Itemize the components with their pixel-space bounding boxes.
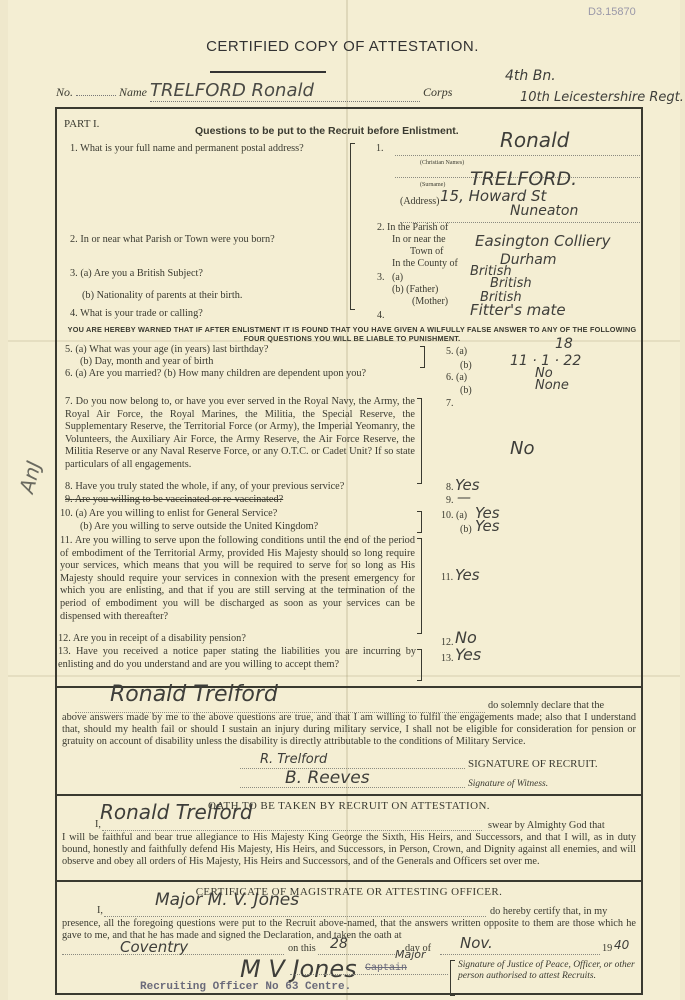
year-prefix: 19 <box>602 943 612 956</box>
answer-10b: Yes <box>475 517 500 535</box>
answer-line <box>102 830 482 831</box>
answer-12-label: 12. <box>441 637 454 649</box>
answer-7-label: 7. <box>446 398 454 410</box>
certificate-title: CERTIFICATE OF MAGISTRATE OR ATTESTING O… <box>55 886 643 898</box>
answer-2-parish-label: 2. In the Parish of <box>377 222 448 234</box>
certificate-i-label: I, <box>97 905 103 918</box>
brace <box>417 511 422 533</box>
address-line2: Nuneaton <box>510 203 578 219</box>
answer-9-label: 9. <box>446 495 454 507</box>
answer-6a-label: 6. (a) <box>446 372 467 384</box>
answer-9: — <box>457 490 471 506</box>
corps-value-line2: 10th Leicestershire Regt. <box>520 90 684 105</box>
part-heading: Questions to be put to the Recruit befor… <box>195 125 459 137</box>
answer-13-label: 13. <box>441 653 454 665</box>
question-1: 1. What is your full name and permanent … <box>70 143 345 156</box>
question-5b: (b) Day, month and year of birth <box>80 356 420 369</box>
answer-5a-label: 5. (a) <box>446 346 467 358</box>
certificate-signature-label: Signature of Justice of Peace, Officer, … <box>458 960 638 982</box>
christian-names-value: Ronald <box>500 128 569 152</box>
question-3a: 3. (a) Are you a British Subject? <box>70 268 203 281</box>
answer-3-label: 3. <box>377 272 385 284</box>
answer-13: Yes <box>455 645 481 664</box>
answer-3a-label: (a) <box>392 272 403 284</box>
document-title: CERTIFIED COPY OF ATTESTATION. <box>0 38 685 55</box>
question-4: 4. What is your trade or calling? <box>70 308 203 321</box>
title-underline <box>210 71 326 73</box>
question-13: 13. Have you received a notice paper sta… <box>58 646 416 671</box>
answer-2-town-label-2: Town of <box>410 246 443 258</box>
question-10b: (b) Are you willing to serve outside the… <box>80 521 318 534</box>
oath-lead: swear by Almighty God that <box>488 820 605 833</box>
question-9: 9. Are you willing to be vaccinated or r… <box>65 494 283 507</box>
answer-4-label: 4. <box>377 310 385 322</box>
answer-3b-mother-label: (Mother) <box>412 296 448 308</box>
answer-3b-father-label: (b) (Father) <box>392 284 438 296</box>
recruiting-officer-stamp: Recruiting Officer No 63 Centre. <box>140 981 351 993</box>
no-label: No. <box>56 85 73 99</box>
address-label: (Address) <box>400 196 439 208</box>
recruit-signature: R. Trelford <box>260 752 327 767</box>
oath-name-signed: Ronald Trelford <box>100 800 253 824</box>
brace <box>417 649 422 681</box>
year-suffix: 40 <box>614 938 629 952</box>
answer-2-town-label-1: In or near the <box>392 234 446 246</box>
answer-line <box>240 787 465 788</box>
declaration-text: above answers made by me to the above qu… <box>62 712 636 749</box>
declaration-name-signed: Ronald Trelford <box>110 682 278 707</box>
certificate-lead: do hereby certify that, in my <box>490 906 607 919</box>
answer-6b-label: (b) <box>460 385 472 397</box>
reference-number: D3.15870 <box>588 6 636 18</box>
brace <box>420 346 425 368</box>
attestation-day: 28 <box>330 936 348 952</box>
answer-10b-label: (b) <box>460 524 472 536</box>
brace <box>450 960 455 996</box>
on-this-label: on this <box>288 943 316 956</box>
question-7: 7. Do you now belong to, or have you eve… <box>65 396 415 472</box>
corps-label: Corps <box>423 85 452 99</box>
brace <box>417 398 422 484</box>
question-12: 12. Are you in receipt of a disability p… <box>58 633 246 646</box>
answer-line <box>104 916 486 917</box>
answer-11-label: 11. <box>441 572 453 584</box>
officer-rank: Major <box>395 948 426 961</box>
answer-3b-father: British <box>490 276 532 291</box>
attestation-month: Nov. <box>460 934 493 952</box>
question-3b: (b) Nationality of parents at their birt… <box>82 290 242 303</box>
brace <box>417 538 422 634</box>
brace <box>350 143 355 310</box>
christian-names-label: (Christian Names) <box>420 157 464 169</box>
section-divider <box>55 880 643 882</box>
question-8: 8. Have you truly stated the whole, if a… <box>65 481 344 494</box>
question-11: 11. Are you willing to serve upon the fo… <box>60 535 415 623</box>
answer-5a: 18 <box>555 336 573 352</box>
answer-8-label: 8. <box>446 482 454 494</box>
answer-1-label: 1. <box>376 143 384 155</box>
witness-signature: B. Reeves <box>285 768 370 788</box>
no-field <box>76 95 116 96</box>
officer-name: Major M. V. Jones <box>155 890 299 910</box>
answer-2-county-label: In the County of <box>392 258 458 270</box>
witness-signature-label: Signature of Witness. <box>468 778 548 791</box>
answer-line <box>290 974 448 975</box>
question-6: 6. (a) Are you married? (b) How many chi… <box>65 368 420 381</box>
corps-value-line1: 4th Bn. <box>505 68 556 84</box>
answer-11: Yes <box>455 566 480 584</box>
answer-4: Fitter's mate <box>470 301 566 319</box>
header-row: No. Name TRELFORD Ronald Corps <box>56 80 452 102</box>
question-10a: 10. (a) Are you willing to enlist for Ge… <box>60 508 277 521</box>
answer-line <box>440 954 600 955</box>
section-divider <box>55 794 643 796</box>
answer-10a-label: 10. (a) <box>441 510 467 522</box>
answer-2-town: Easington Colliery <box>475 232 610 250</box>
answer-5b-label: (b) <box>460 360 472 372</box>
answer-line <box>395 155 640 156</box>
recruit-signature-label: SIGNATURE OF RECRUIT. <box>468 758 598 771</box>
question-2: 2. In or near what Parish or Town were y… <box>70 234 345 247</box>
answer-7: No <box>510 438 534 459</box>
declaration-lead: do solemnly declare that the <box>488 700 604 713</box>
oath-text: I will be faithful and bear true allegia… <box>62 832 636 869</box>
part-label: PART I. <box>64 118 99 130</box>
officer-signature: M V Jones <box>240 955 357 983</box>
name-label: Name <box>119 85 147 99</box>
answer-6b: None <box>535 378 569 393</box>
name-value: TRELFORD Ronald <box>150 80 420 102</box>
question-5a: 5. (a) What was your age (in years) last… <box>65 344 415 357</box>
